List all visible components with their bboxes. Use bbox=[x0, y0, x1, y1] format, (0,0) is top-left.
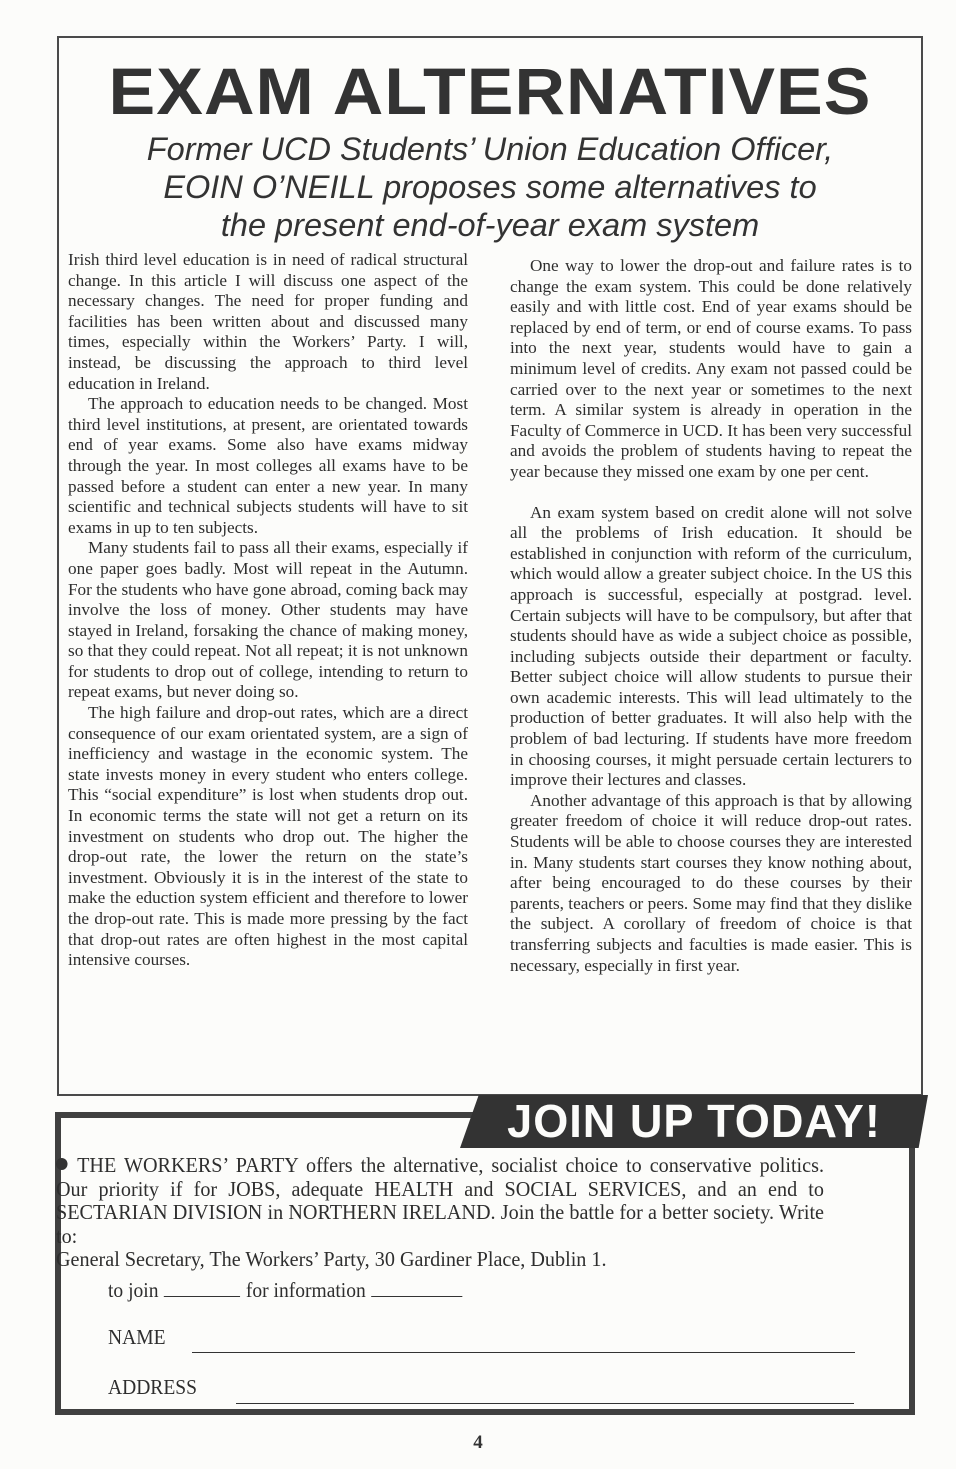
join-up-banner: JOIN UP TODAY! bbox=[460, 1095, 928, 1148]
name-label: NAME bbox=[108, 1325, 166, 1349]
to-join-field[interactable] bbox=[164, 1278, 240, 1297]
address-row: ADDRESS bbox=[108, 1375, 197, 1399]
article-paragraph: An exam system based on credit alone wil… bbox=[510, 503, 912, 791]
article-headline: EXAM ALTERNATIVES bbox=[33, 56, 947, 126]
article-deck: Former UCD Students’ Union Education Off… bbox=[59, 130, 921, 244]
deck-line: EOIN O’NEILL proposes some alternatives … bbox=[59, 168, 921, 206]
article-paragraph: Many students fail to pass all their exa… bbox=[68, 538, 468, 703]
article-box: EXAM ALTERNATIVES Former UCD Students’ U… bbox=[57, 36, 923, 1096]
for-information-field[interactable] bbox=[371, 1278, 462, 1297]
article-paragraph: The approach to education needs to be ch… bbox=[68, 394, 468, 538]
join-up-banner-text: JOIN UP TODAY! bbox=[465, 1095, 924, 1148]
article-paragraph: Another advantage of this approach is th… bbox=[510, 791, 912, 976]
join-options-row: to joinfor information bbox=[108, 1278, 462, 1302]
name-field[interactable] bbox=[192, 1352, 855, 1353]
article-paragraph: Irish third level education is in need o… bbox=[68, 250, 468, 394]
deck-line: the present end-of-year exam system bbox=[59, 206, 921, 244]
address-field[interactable] bbox=[236, 1403, 854, 1404]
for-information-label: for information bbox=[246, 1278, 366, 1302]
article-left-column: Irish third level education is in need o… bbox=[68, 250, 468, 971]
postal-address: General Secretary, The Workers’ Party, 3… bbox=[56, 1248, 824, 1272]
to-join-label: to join bbox=[108, 1278, 158, 1302]
article-paragraph: The high failure and drop-out rates, whi… bbox=[68, 703, 468, 971]
page-number: 4 bbox=[0, 1432, 956, 1454]
deck-line: Former UCD Students’ Union Education Off… bbox=[59, 130, 921, 168]
name-row: NAME bbox=[108, 1325, 166, 1349]
address-label: ADDRESS bbox=[108, 1375, 197, 1399]
bullet-icon bbox=[56, 1158, 68, 1170]
join-up-body: THE WORKERS’ PARTY offers the alternativ… bbox=[56, 1154, 824, 1272]
article-right-column: One way to lower the drop-out and failur… bbox=[510, 256, 912, 976]
join-up-text: THE WORKERS’ PARTY offers the alternativ… bbox=[56, 1153, 824, 1248]
article-paragraph: One way to lower the drop-out and failur… bbox=[510, 256, 912, 483]
